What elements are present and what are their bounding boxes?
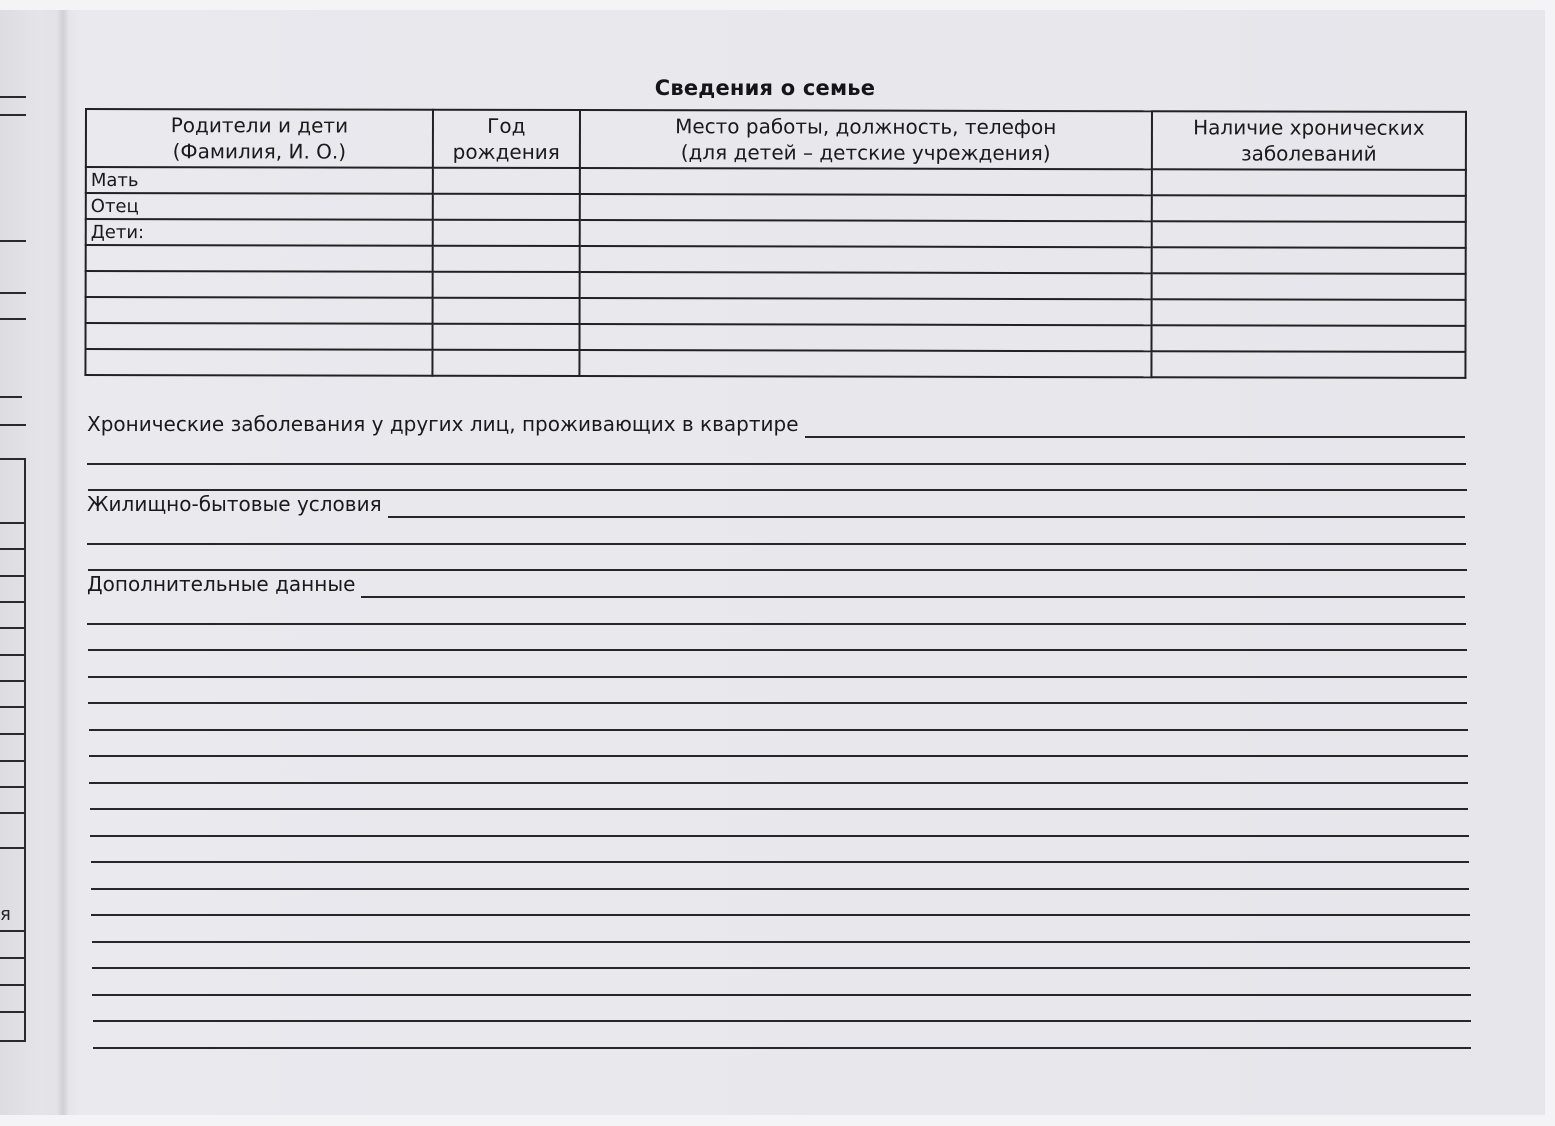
header-parents-children: Родители и дети(Фамилия, И. О.) [86,109,433,168]
left-page-row-line [0,847,24,849]
cell-birth-year[interactable] [432,350,579,376]
cell-birth-year[interactable] [432,324,579,350]
cell-name[interactable]: Дети: [86,219,433,246]
cell-birth-year[interactable] [433,246,580,272]
table-row [85,349,1465,378]
chronic-others-field-line[interactable] [805,436,1465,438]
cell-name[interactable] [86,297,433,324]
additional-data-field-line[interactable] [87,623,1466,625]
additional-data-field-line[interactable] [88,702,1467,704]
cell-birth-year[interactable] [432,298,579,324]
table-row [86,245,1466,274]
cell-workplace[interactable] [580,194,1152,221]
left-page-line [0,292,26,294]
left-page-char: я [0,904,11,925]
left-page-row-line [0,1011,24,1013]
living-conditions-field-label: Жилищно-бытовые условия [87,492,382,516]
cell-workplace[interactable] [579,272,1151,299]
left-page-row-line [0,812,24,814]
cell-name[interactable] [86,245,433,272]
left-page-line [0,424,26,426]
cell-workplace[interactable] [579,350,1151,377]
cell-birth-year[interactable] [433,220,580,246]
header-workplace: Место работы, должность, телефон(для дет… [580,110,1152,169]
additional-data-field-line[interactable] [92,994,1470,996]
left-page-row-line [0,786,24,788]
cell-name[interactable]: Отец [86,193,433,220]
chronic-others-field-line[interactable] [88,489,1467,491]
left-page-row-line [0,760,24,762]
page-gutter [58,10,68,1115]
additional-data-field-line[interactable] [89,729,1468,731]
cell-workplace[interactable] [579,220,1151,247]
left-page-line [0,396,22,398]
cell-birth-year[interactable] [433,194,580,220]
cell-workplace[interactable] [579,246,1151,273]
living-conditions-field-line[interactable] [88,569,1467,571]
table-header-row: Родители и дети(Фамилия, И. О.) Годрожде… [86,109,1466,170]
additional-data-field-line[interactable] [91,914,1469,916]
additional-data-field-line[interactable] [93,1047,1471,1049]
cell-birth-year[interactable] [433,168,580,194]
additional-data-field-line[interactable] [88,649,1467,651]
cell-name[interactable] [86,271,433,298]
left-page-row-line [0,733,24,735]
additional-data-field-line[interactable] [89,782,1468,784]
cell-chronic-diseases[interactable] [1151,247,1465,274]
additional-data-field-line[interactable] [91,861,1470,863]
page-title: Сведения о семье [0,76,1530,100]
left-page-row-line [0,957,24,959]
cell-workplace[interactable] [579,298,1151,325]
left-page-line [0,318,26,320]
additional-data-field-line[interactable] [92,941,1470,943]
cell-chronic-diseases[interactable] [1151,221,1465,248]
cell-birth-year[interactable] [433,272,580,298]
table-row [85,323,1465,352]
title-text: Сведения о семье [655,76,875,100]
cell-workplace[interactable] [579,324,1151,351]
additional-data-field-line[interactable] [361,596,1465,598]
left-page-row-line [0,601,24,603]
cell-chronic-diseases[interactable] [1151,299,1465,326]
left-page-row-line [0,930,24,932]
table-row: Отец [86,193,1466,222]
table-row: Мать [86,167,1466,196]
left-page-table-edge [0,458,26,1042]
left-page-row-line [0,984,24,986]
additional-data-field-line[interactable] [89,755,1468,757]
cell-chronic-diseases[interactable] [1151,325,1465,352]
family-table: Родители и дети(Фамилия, И. О.) Годрожде… [84,108,1467,379]
additional-data-field-line[interactable] [91,888,1469,890]
additional-data-field-line[interactable] [92,967,1470,969]
additional-data-field-line[interactable] [90,808,1469,810]
left-page-row-line [0,575,24,577]
table-row: Дети: [86,219,1466,248]
left-page-row-line [0,654,24,656]
living-conditions-field-line[interactable] [388,516,1465,518]
cell-chronic-diseases[interactable] [1151,273,1465,300]
chronic-others-field-label: Хронические заболевания у других лиц, пр… [87,412,799,436]
left-page-row-line [0,706,24,708]
living-conditions-field-line[interactable] [87,543,1466,545]
cell-name[interactable] [85,323,432,350]
header-birth-year: Годрождения [433,110,580,168]
cell-name[interactable] [85,349,432,376]
left-page-row-line [0,680,24,682]
cell-chronic-diseases[interactable] [1152,195,1466,222]
cell-chronic-diseases[interactable] [1151,351,1465,378]
additional-data-field-label: Дополнительные данные [87,572,355,596]
additional-data-field-line[interactable] [88,676,1467,678]
table-row [86,271,1466,300]
additional-data-field-line[interactable] [93,1020,1471,1022]
left-page-row-line [0,627,24,629]
left-page-line [0,240,26,242]
table-row [86,297,1466,326]
left-page-line [0,114,26,116]
cell-workplace[interactable] [580,168,1152,195]
header-chronic-diseases: Наличие хроническихзаболеваний [1152,111,1466,170]
cell-chronic-diseases[interactable] [1152,169,1466,196]
chronic-others-field-line[interactable] [87,463,1466,465]
left-page-row-line [0,522,24,524]
cell-name[interactable]: Мать [86,167,433,194]
additional-data-field-line[interactable] [90,835,1469,837]
left-page-row-line [0,548,24,550]
